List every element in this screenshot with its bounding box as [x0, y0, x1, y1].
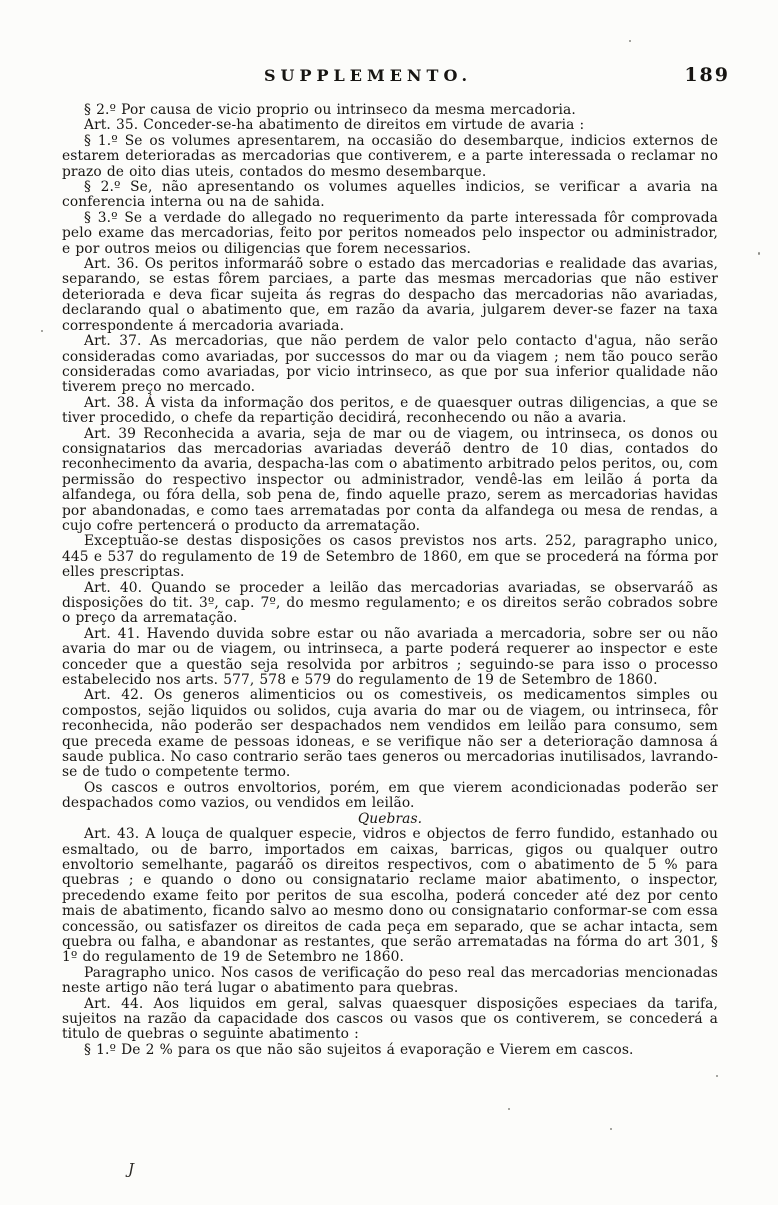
- ink-stray-mark: J: [128, 1160, 134, 1178]
- paragraph: Art. 40. Quando se proceder a leilão das…: [62, 581, 718, 627]
- page-header: SUPPLEMENTO. 189: [62, 66, 718, 92]
- paragraph: Os cascos e outros envoltorios, porém, e…: [62, 781, 718, 812]
- paragraph: § 1.º Se os volumes apresentarem, na occ…: [62, 134, 718, 180]
- paragraph: Art. 36. Os peritos informaráõ sobre o e…: [62, 257, 718, 334]
- paragraph: § 1.º De 2 % para os que não são sujeito…: [62, 1043, 718, 1058]
- paragraph: § 2.º Se, não apresentando os volumes aq…: [62, 180, 718, 211]
- ink-speck: [610, 1128, 612, 1130]
- page-number: 189: [684, 64, 730, 86]
- paragraph: Art. 42. Os generos alimenticios ou os c…: [62, 688, 718, 780]
- section-heading-quebras: Quebras.: [62, 812, 718, 827]
- paragraph: Art. 38. Á vista da informação dos perit…: [62, 396, 718, 427]
- paragraph: Art. 35. Conceder-se-ha abatimento de di…: [62, 118, 718, 133]
- paragraph: Art. 39 Reconhecida a avaria, seja de ma…: [62, 427, 718, 535]
- ink-speck: [629, 40, 631, 42]
- paragraph: § 3.º Se a verdade do allegado no requer…: [62, 211, 718, 257]
- document-body: § 2.º Por causa de vicio proprio ou intr…: [62, 103, 718, 1058]
- page-title: SUPPLEMENTO.: [40, 66, 696, 85]
- paragraph: Art. 37. As mercadorias, que não perdem …: [62, 334, 718, 396]
- paragraph: Art. 43. A louça de qualquer especie, vi…: [62, 827, 718, 966]
- ink-speck: [758, 252, 760, 255]
- scanned-document-page: SUPPLEMENTO. 189 § 2.º Por causa de vici…: [0, 0, 778, 1205]
- ink-speck: [508, 1108, 510, 1110]
- paragraph: Art. 41. Havendo duvida sobre estar ou n…: [62, 627, 718, 689]
- paragraph: Paragrapho unico. Nos casos de verificaç…: [62, 966, 718, 997]
- ink-speck: [716, 1075, 718, 1077]
- paragraph: § 2.º Por causa de vicio proprio ou intr…: [62, 103, 718, 118]
- ink-speck: [41, 330, 43, 332]
- paragraph: Exceptuão-se destas disposições os casos…: [62, 534, 718, 580]
- paragraph: Art. 44. Aos liquidos em geral, salvas q…: [62, 997, 718, 1043]
